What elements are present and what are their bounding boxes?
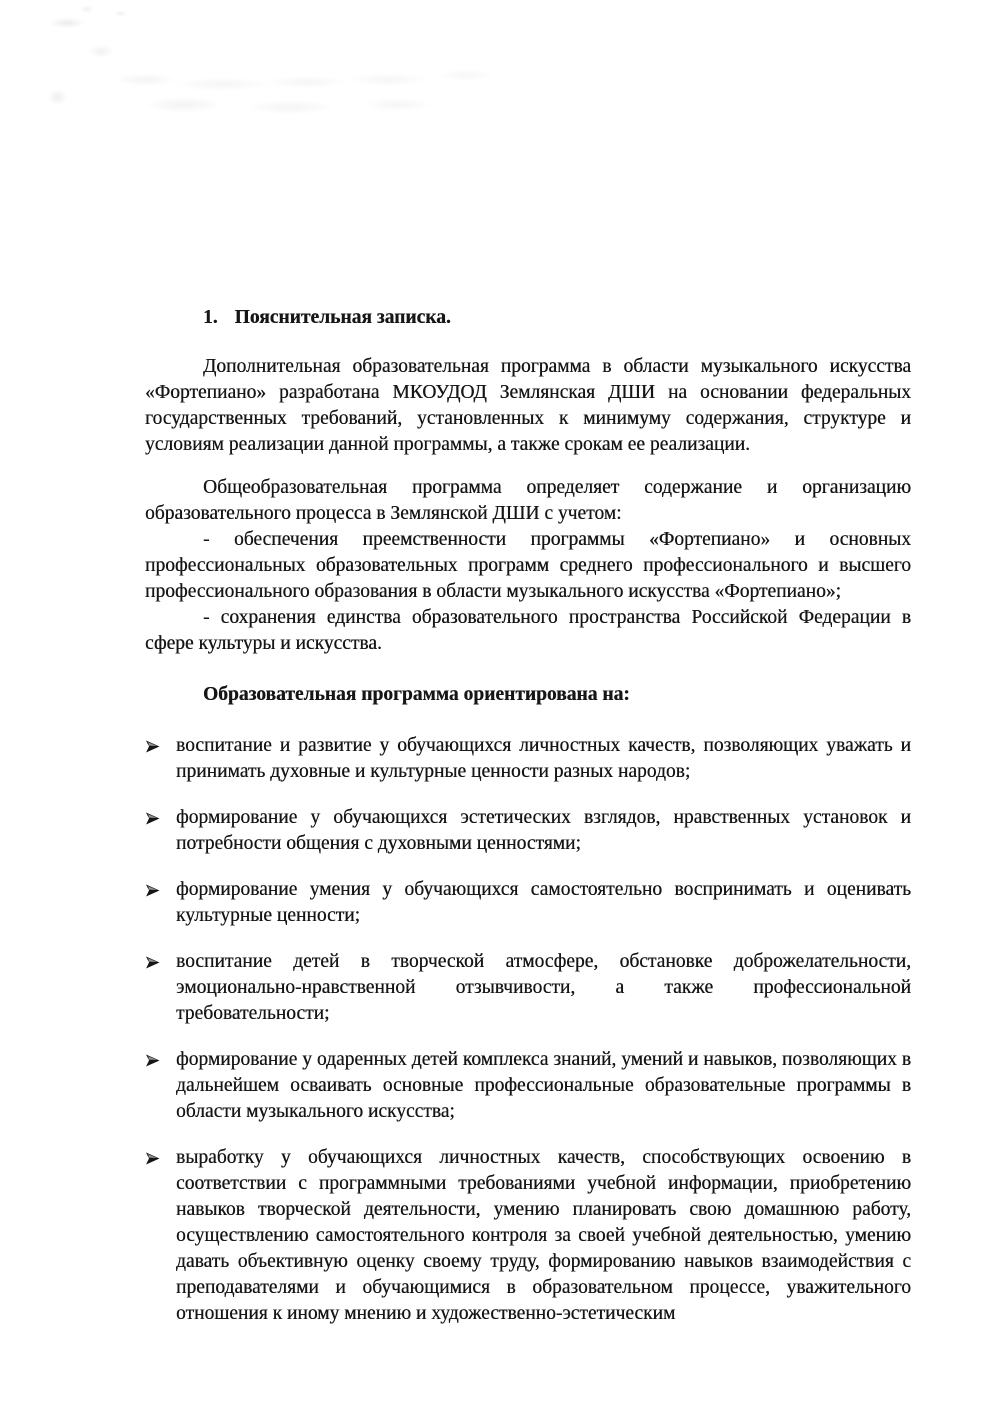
paragraph-intro: Дополнительная образовательная программа… xyxy=(145,354,911,458)
goal-item: формирование умения у обучающихся самост… xyxy=(145,877,911,929)
goal-item: воспитание детей в творческой атмосфере,… xyxy=(145,949,911,1027)
arrowhead-right-icon xyxy=(146,740,160,753)
goal-text: воспитание детей в творческой атмосфере,… xyxy=(176,951,911,1024)
document-page: 1.Пояснительная записка. Дополнительная … xyxy=(0,0,1000,1415)
goal-item: формирование у одаренных детей комплекса… xyxy=(145,1047,911,1125)
goal-text: формирование умения у обучающихся самост… xyxy=(176,879,911,926)
document-content: 1.Пояснительная записка. Дополнительная … xyxy=(145,0,911,1347)
section-number: 1. xyxy=(203,305,218,331)
arrowhead-right-icon xyxy=(146,1054,160,1067)
goal-text: формирование у одаренных детей комплекса… xyxy=(176,1049,911,1122)
paragraph-program-defines: Общеобразовательная программа определяет… xyxy=(145,475,911,527)
section-heading: 1.Пояснительная записка. xyxy=(145,305,911,331)
goals-list: воспитание и развитие у обучающихся личн… xyxy=(145,733,911,1327)
goal-text: формирование у обучающихся эстетических … xyxy=(176,807,911,854)
goal-item: выработку у обучающихся личностных качес… xyxy=(145,1145,911,1327)
paragraph-group: Общеобразовательная программа определяет… xyxy=(145,475,911,657)
arrowhead-right-icon xyxy=(146,1152,160,1165)
paragraph-dash-continuity: - обеспечения преемственности программы … xyxy=(145,527,911,605)
paragraph-dash-unity: - сохранения единства образовательного п… xyxy=(145,605,911,657)
goal-text: воспитание и развитие у обучающихся личн… xyxy=(176,735,911,782)
goal-item: формирование у обучающихся эстетических … xyxy=(145,805,911,857)
goal-text: выработку у обучающихся личностных качес… xyxy=(176,1147,911,1324)
goals-list-intro: Образовательная программа ориентирована … xyxy=(145,682,911,708)
arrowhead-right-icon xyxy=(146,884,160,897)
goal-item: воспитание и развитие у обучающихся личн… xyxy=(145,733,911,785)
arrowhead-right-icon xyxy=(146,956,160,969)
section-title: Пояснительная записка. xyxy=(235,307,451,328)
arrowhead-right-icon xyxy=(146,812,160,825)
